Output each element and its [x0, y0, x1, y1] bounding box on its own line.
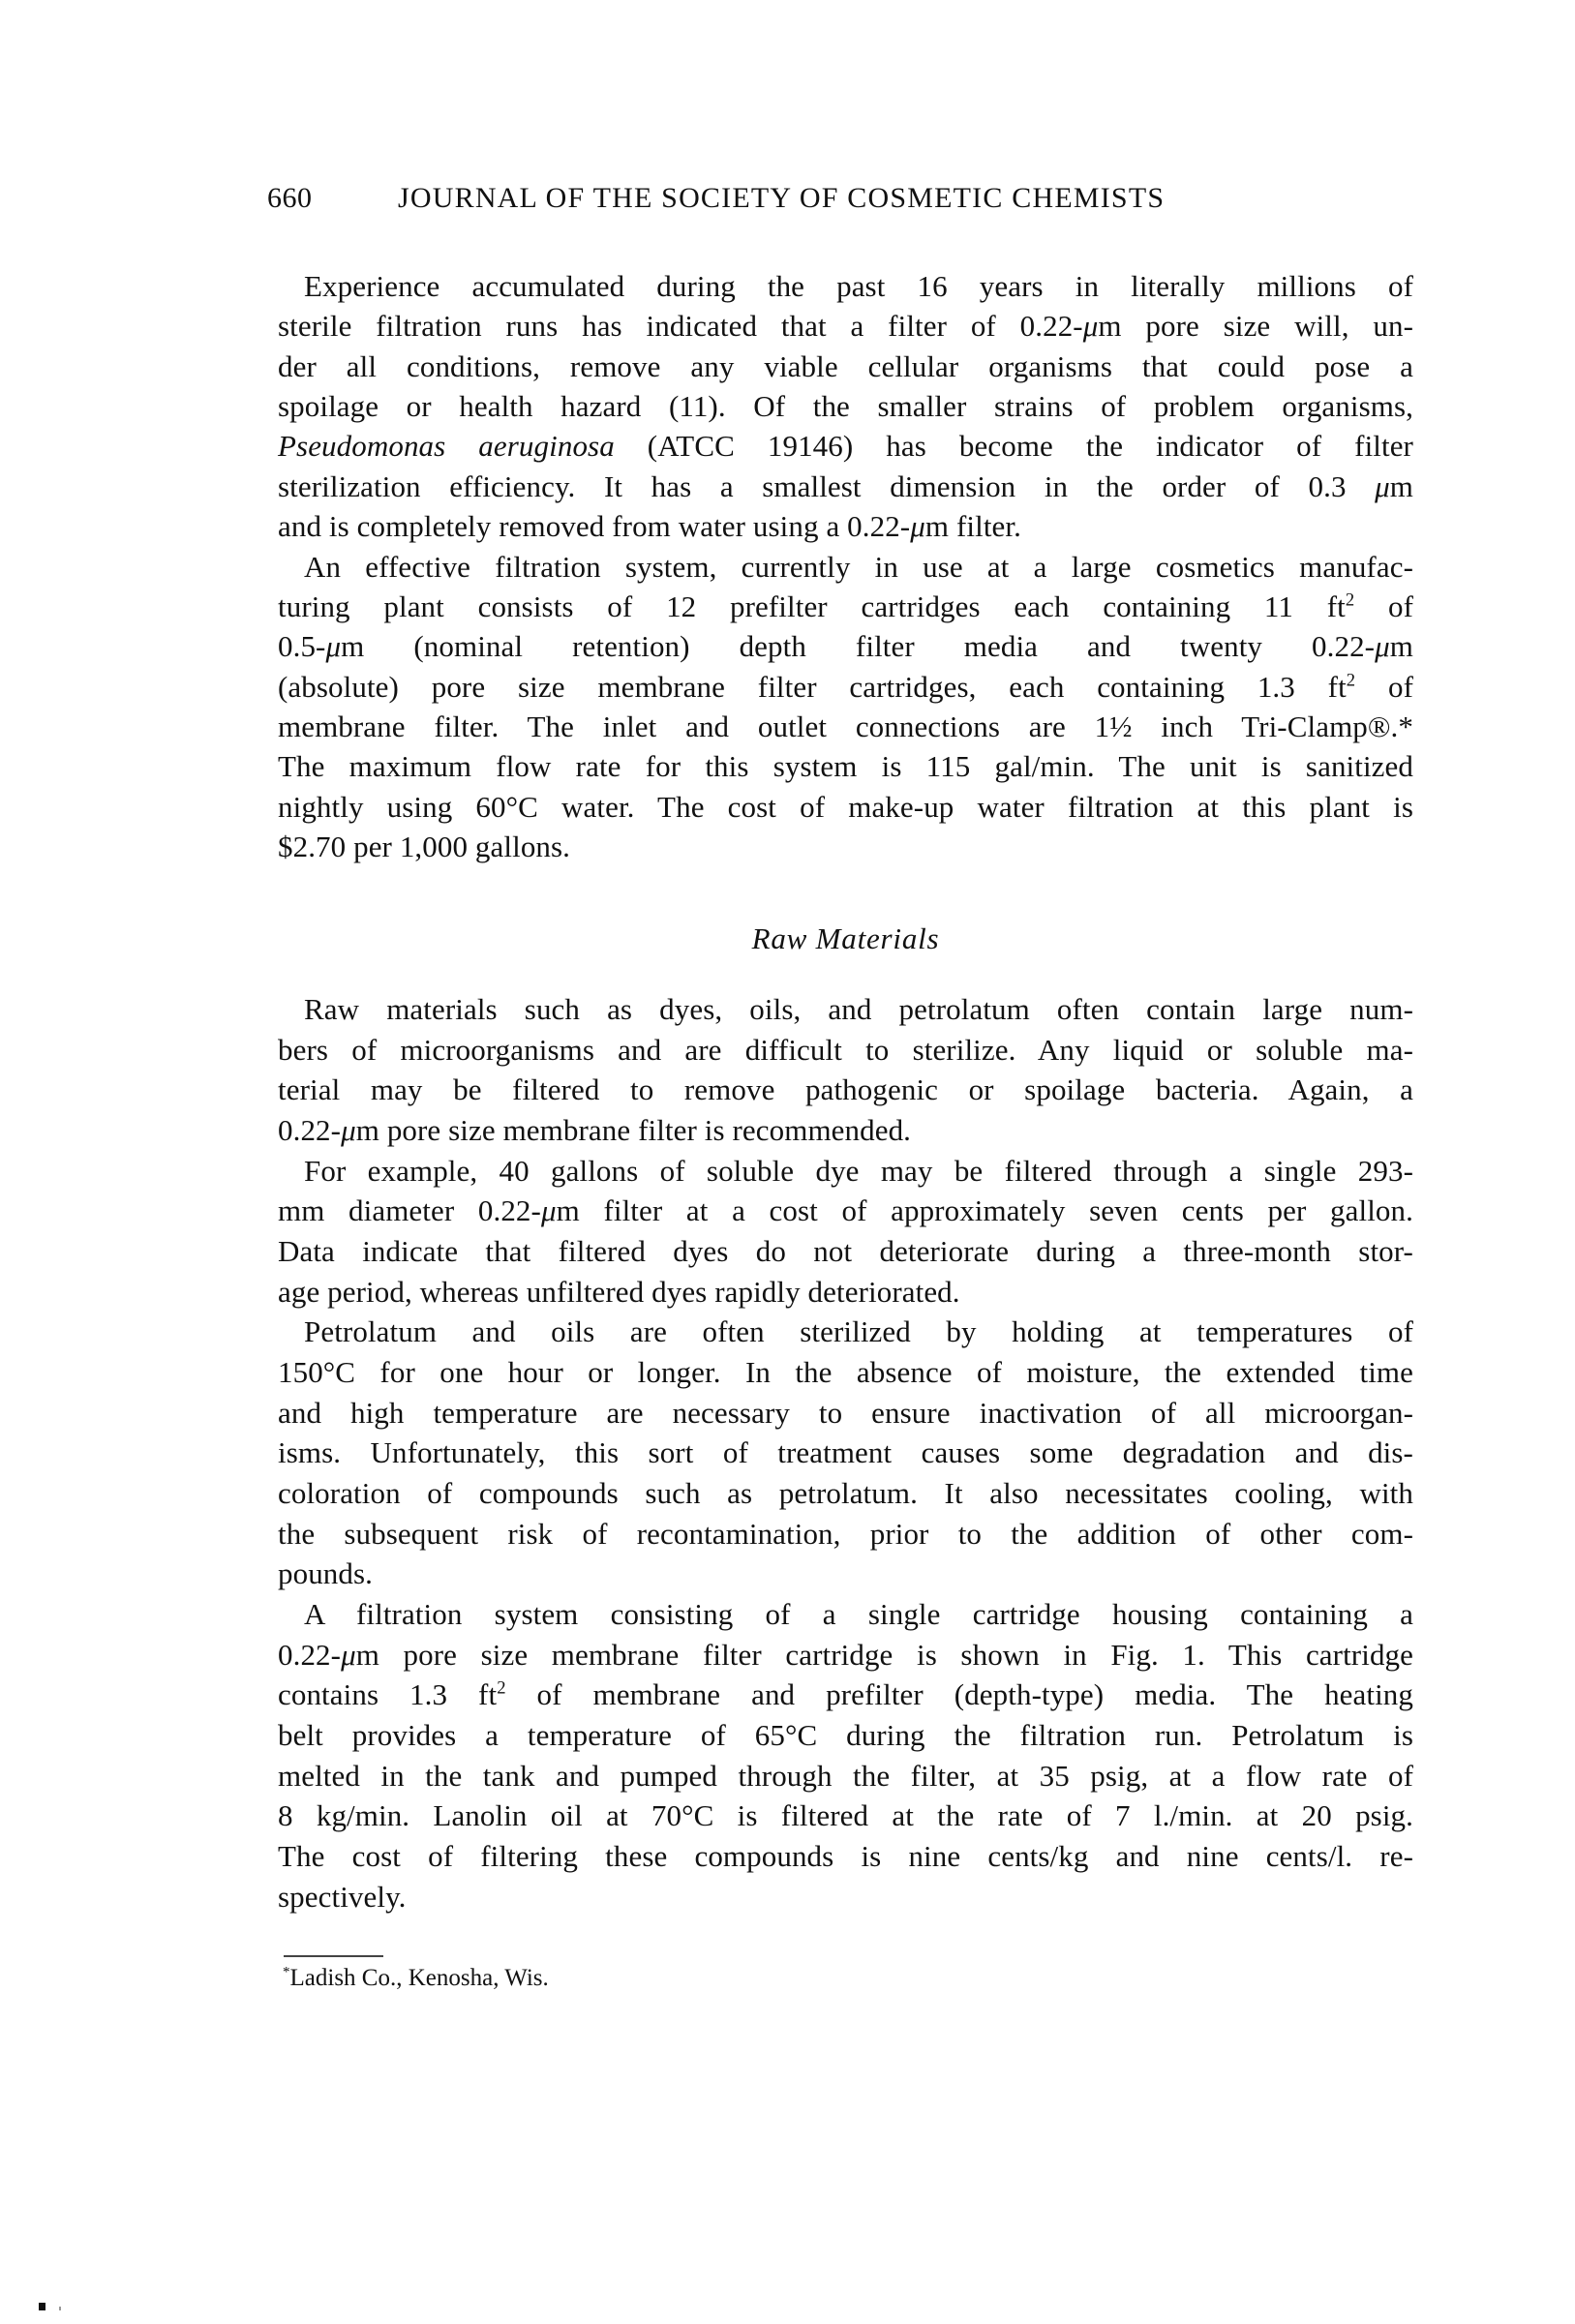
italic-text: μ	[541, 1193, 557, 1227]
text-segment: the subsequent risk of recontamination, …	[278, 1517, 1413, 1551]
text-segment: The cost of filtering these compounds is…	[278, 1839, 1413, 1873]
text-segment: 150°C for one hour or longer. In the abs…	[278, 1355, 1413, 1389]
text-segment: mm diameter 0.22-	[278, 1193, 541, 1227]
text-line: Petrolatum and oils are often sterilized…	[304, 1312, 1413, 1351]
text-line: The cost of filtering these compounds is…	[278, 1836, 1413, 1876]
running-head: 660 JOURNAL OF THE SOCIETY OF COSMETIC C…	[0, 182, 1575, 221]
scan-artifact-dot	[59, 2307, 61, 2310]
italic-text: μ	[341, 1113, 356, 1147]
text-segment: (absolute) pore size membrane filter car…	[278, 670, 1347, 704]
text-segment: sterilization efficiency. It has a small…	[278, 469, 1375, 503]
superscript: 2	[1347, 670, 1355, 690]
text-line: The maximum flow rate for this system is…	[278, 746, 1413, 786]
journal-page: 660 JOURNAL OF THE SOCIETY OF COSMETIC C…	[0, 0, 1575, 2324]
text-segment: spectively.	[278, 1880, 407, 1914]
italic-text: Pseudomonas aeruginosa	[278, 429, 615, 463]
text-line: der all conditions, remove any viable ce…	[278, 347, 1413, 386]
page-number: 660	[267, 182, 313, 215]
text-segment: m	[1390, 629, 1413, 663]
text-segment: of membrane and prefilter (depth-type) m…	[506, 1677, 1413, 1711]
italic-text: μ	[1375, 629, 1390, 663]
text-segment: m filter.	[925, 509, 1021, 543]
text-line: bers of microorganisms and are difficult…	[278, 1030, 1413, 1070]
text-segment: Data indicate that filtered dyes do not …	[278, 1234, 1413, 1268]
footnote: *Ladish Co., Kenosha, Wis.	[283, 1965, 549, 1992]
text-line: 0.22-μm pore size membrane filter is rec…	[278, 1110, 1413, 1150]
superscript: 2	[497, 1678, 505, 1699]
text-line: the subsequent risk of recontamination, …	[278, 1514, 1413, 1554]
text-segment: contains 1.3 ft	[278, 1677, 497, 1711]
text-line: 150°C for one hour or longer. In the abs…	[278, 1352, 1413, 1392]
text-line: 0.22-μm pore size membrane filter cartri…	[278, 1635, 1413, 1675]
text-segment: spoilage or health hazard (11). Of the s…	[278, 389, 1413, 423]
text-segment: and high temperature are necessary to en…	[278, 1396, 1413, 1430]
text-line: terial may be filtered to remove pathoge…	[278, 1070, 1413, 1109]
text-line: contains 1.3 ft2 of membrane and prefilt…	[278, 1675, 1413, 1714]
text-segment: age period, whereas unfiltered dyes rapi…	[278, 1275, 960, 1309]
text-segment: belt provides a temperature of 65°C duri…	[278, 1718, 1413, 1752]
italic-text: μ	[325, 629, 341, 663]
text-segment: der all conditions, remove any viable ce…	[278, 349, 1413, 383]
text-line: nightly using 60°C water. The cost of ma…	[278, 787, 1413, 827]
text-segment: A filtration system consisting of a sing…	[304, 1597, 1413, 1631]
text-line: melted in the tank and pumped through th…	[278, 1756, 1413, 1796]
text-line: 8 kg/min. Lanolin oil at 70°C is filtere…	[278, 1796, 1413, 1835]
text-segment: coloration of compounds such as petrolat…	[278, 1476, 1413, 1510]
footnote-marker: *	[283, 1965, 290, 1980]
text-line: spoilage or health hazard (11). Of the s…	[278, 386, 1413, 426]
text-segment: turing plant consists of 12 prefilter ca…	[278, 589, 1346, 623]
text-line: (absolute) pore size membrane filter car…	[278, 667, 1413, 707]
text-segment: 8 kg/min. Lanolin oil at 70°C is filtere…	[278, 1798, 1413, 1832]
text-segment: (ATCC 19146) has become the indicator of…	[615, 429, 1413, 463]
footnote-text: Ladish Co., Kenosha, Wis.	[290, 1965, 549, 1991]
text-segment: m filter at a cost of approximately seve…	[557, 1193, 1413, 1227]
text-segment: of	[1355, 670, 1413, 704]
text-segment: Raw materials such as dyes, oils, and pe…	[304, 992, 1413, 1026]
text-line: Data indicate that filtered dyes do not …	[278, 1231, 1413, 1271]
text-segment: 0.22-	[278, 1638, 341, 1672]
text-segment: An effective filtration system, currentl…	[304, 550, 1413, 584]
text-segment: nightly using 60°C water. The cost of ma…	[278, 790, 1413, 824]
text-line: Pseudomonas aeruginosa (ATCC 19146) has …	[278, 426, 1413, 466]
text-segment: and is completely removed from water usi…	[278, 509, 910, 543]
text-line: and high temperature are necessary to en…	[278, 1393, 1413, 1433]
text-line: Raw materials such as dyes, oils, and pe…	[304, 989, 1413, 1029]
text-line: $2.70 per 1,000 gallons.	[278, 827, 1413, 866]
text-line: pounds.	[278, 1554, 1413, 1593]
text-segment: The maximum flow rate for this system is…	[278, 749, 1413, 783]
text-line: sterile filtration runs has indicated th…	[278, 306, 1413, 346]
text-line: sterilization efficiency. It has a small…	[278, 467, 1413, 506]
text-segment: 0.22-	[278, 1113, 341, 1147]
text-line: For example, 40 gallons of soluble dye m…	[304, 1151, 1413, 1191]
text-line: mm diameter 0.22-μm filter at a cost of …	[278, 1191, 1413, 1230]
text-segment: melted in the tank and pumped through th…	[278, 1759, 1413, 1793]
italic-text: μ	[1083, 309, 1099, 343]
text-segment: isms. Unfortunately, this sort of treatm…	[278, 1435, 1413, 1469]
text-segment: m	[1390, 469, 1413, 503]
text-segment: pounds.	[278, 1556, 373, 1590]
text-line: coloration of compounds such as petrolat…	[278, 1473, 1413, 1513]
text-line: membrane filter. The inlet and outlet co…	[278, 707, 1413, 746]
text-segment: of	[1354, 589, 1413, 623]
superscript: 2	[1346, 590, 1354, 611]
text-segment: membrane filter. The inlet and outlet co…	[278, 709, 1413, 743]
text-line: isms. Unfortunately, this sort of treatm…	[278, 1433, 1413, 1472]
text-segment: Petrolatum and oils are often sterilized…	[304, 1314, 1413, 1348]
text-segment: 0.5-	[278, 629, 325, 663]
text-line: age period, whereas unfiltered dyes rapi…	[278, 1272, 1413, 1312]
text-line: 0.5-μm (nominal retention) depth filter …	[278, 626, 1413, 666]
text-line: belt provides a temperature of 65°C duri…	[278, 1715, 1413, 1755]
journal-title: JOURNAL OF THE SOCIETY OF COSMETIC CHEMI…	[398, 182, 1165, 215]
text-segment: m (nominal retention) depth filter media…	[341, 629, 1375, 663]
text-segment: terial may be filtered to remove pathoge…	[278, 1072, 1413, 1106]
text-segment: bers of microorganisms and are difficult…	[278, 1033, 1413, 1067]
section-heading-raw-materials: Raw Materials	[278, 921, 1413, 956]
text-segment: For example, 40 gallons of soluble dye m…	[304, 1154, 1413, 1188]
text-segment: m pore size membrane filter is recommend…	[356, 1113, 911, 1147]
text-line: An effective filtration system, currentl…	[304, 547, 1413, 587]
scan-artifact-mark	[39, 2303, 45, 2310]
text-segment: m pore size will, un-	[1098, 309, 1413, 343]
text-segment: sterile filtration runs has indicated th…	[278, 309, 1083, 343]
italic-text: μ	[1375, 469, 1390, 503]
text-line: turing plant consists of 12 prefilter ca…	[278, 587, 1413, 626]
text-line: and is completely removed from water usi…	[278, 506, 1413, 546]
italic-text: μ	[341, 1638, 356, 1672]
italic-text: μ	[910, 509, 925, 543]
text-line: Experience accumulated during the past 1…	[304, 266, 1413, 306]
text-line: spectively.	[278, 1877, 1413, 1917]
footnote-rule	[284, 1955, 383, 1957]
text-segment: m pore size membrane filter cartridge is…	[356, 1638, 1413, 1672]
text-line: A filtration system consisting of a sing…	[304, 1594, 1413, 1634]
text-segment: Experience accumulated during the past 1…	[304, 269, 1413, 303]
text-segment: $2.70 per 1,000 gallons.	[278, 830, 570, 863]
